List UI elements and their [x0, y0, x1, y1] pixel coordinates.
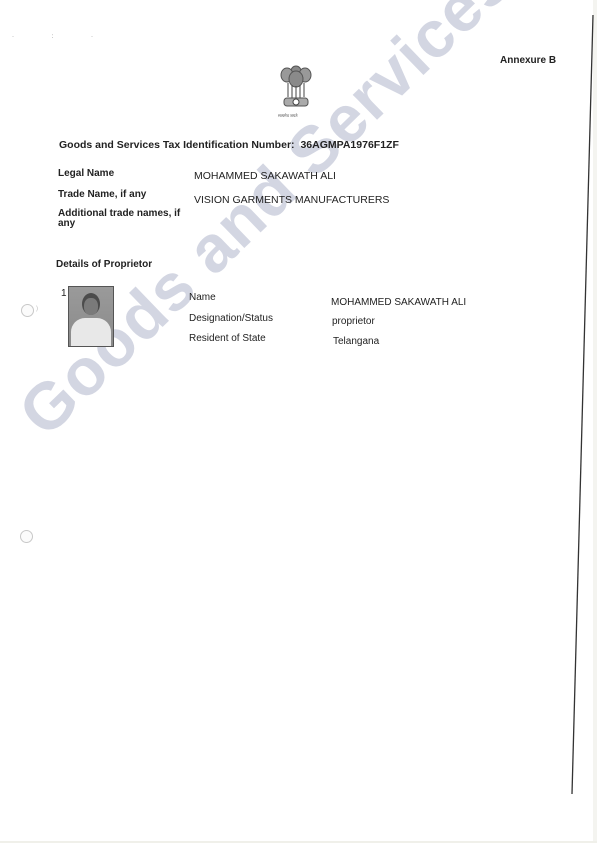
annexure-label: Annexure B: [500, 55, 556, 66]
resident-state-value: Telangana: [333, 336, 379, 347]
designation-value: proprietor: [332, 316, 375, 327]
proprietor-index: 1: [61, 288, 67, 299]
punch-hole-icon: [21, 304, 34, 317]
additional-trade-names-label: Additional trade names, if any: [58, 209, 188, 229]
designation-label: Designation/Status: [189, 313, 273, 324]
proprietor-section-title: Details of Proprietor: [56, 259, 152, 270]
document-page: · : · Goods and Services Tax Annexure B …: [0, 0, 597, 843]
trade-name-label: Trade Name, if any: [58, 189, 146, 200]
gstin-label: Goods and Services Tax Identification Nu…: [59, 139, 295, 151]
gstin-value: 36AGMPA1976F1ZF: [300, 139, 398, 151]
photo-face: [84, 298, 98, 315]
proprietor-name-label: Name: [189, 292, 216, 303]
legal-name-value: MOHAMMED SAKAWATH ALI: [194, 170, 336, 182]
legal-name-label: Legal Name: [58, 168, 114, 179]
page-right-edge: [593, 0, 597, 843]
proprietor-name-value: MOHAMMED SAKAWATH ALI: [331, 297, 466, 308]
scan-specks: · : ·: [12, 34, 111, 40]
gstin-line: Goods and Services Tax Identification Nu…: [59, 139, 399, 151]
trade-name-value: VISION GARMENTS MANUFACTURERS: [194, 194, 389, 206]
proprietor-photo: [68, 286, 114, 347]
resident-state-label: Resident of State: [189, 333, 266, 344]
punch-hole-icon: [20, 530, 33, 543]
margin-line: [0, 0, 597, 843]
scan-mark: ): [36, 306, 38, 312]
photo-shirt: [71, 318, 111, 347]
emblem-caption: सत्यमेव जयते: [278, 113, 297, 119]
